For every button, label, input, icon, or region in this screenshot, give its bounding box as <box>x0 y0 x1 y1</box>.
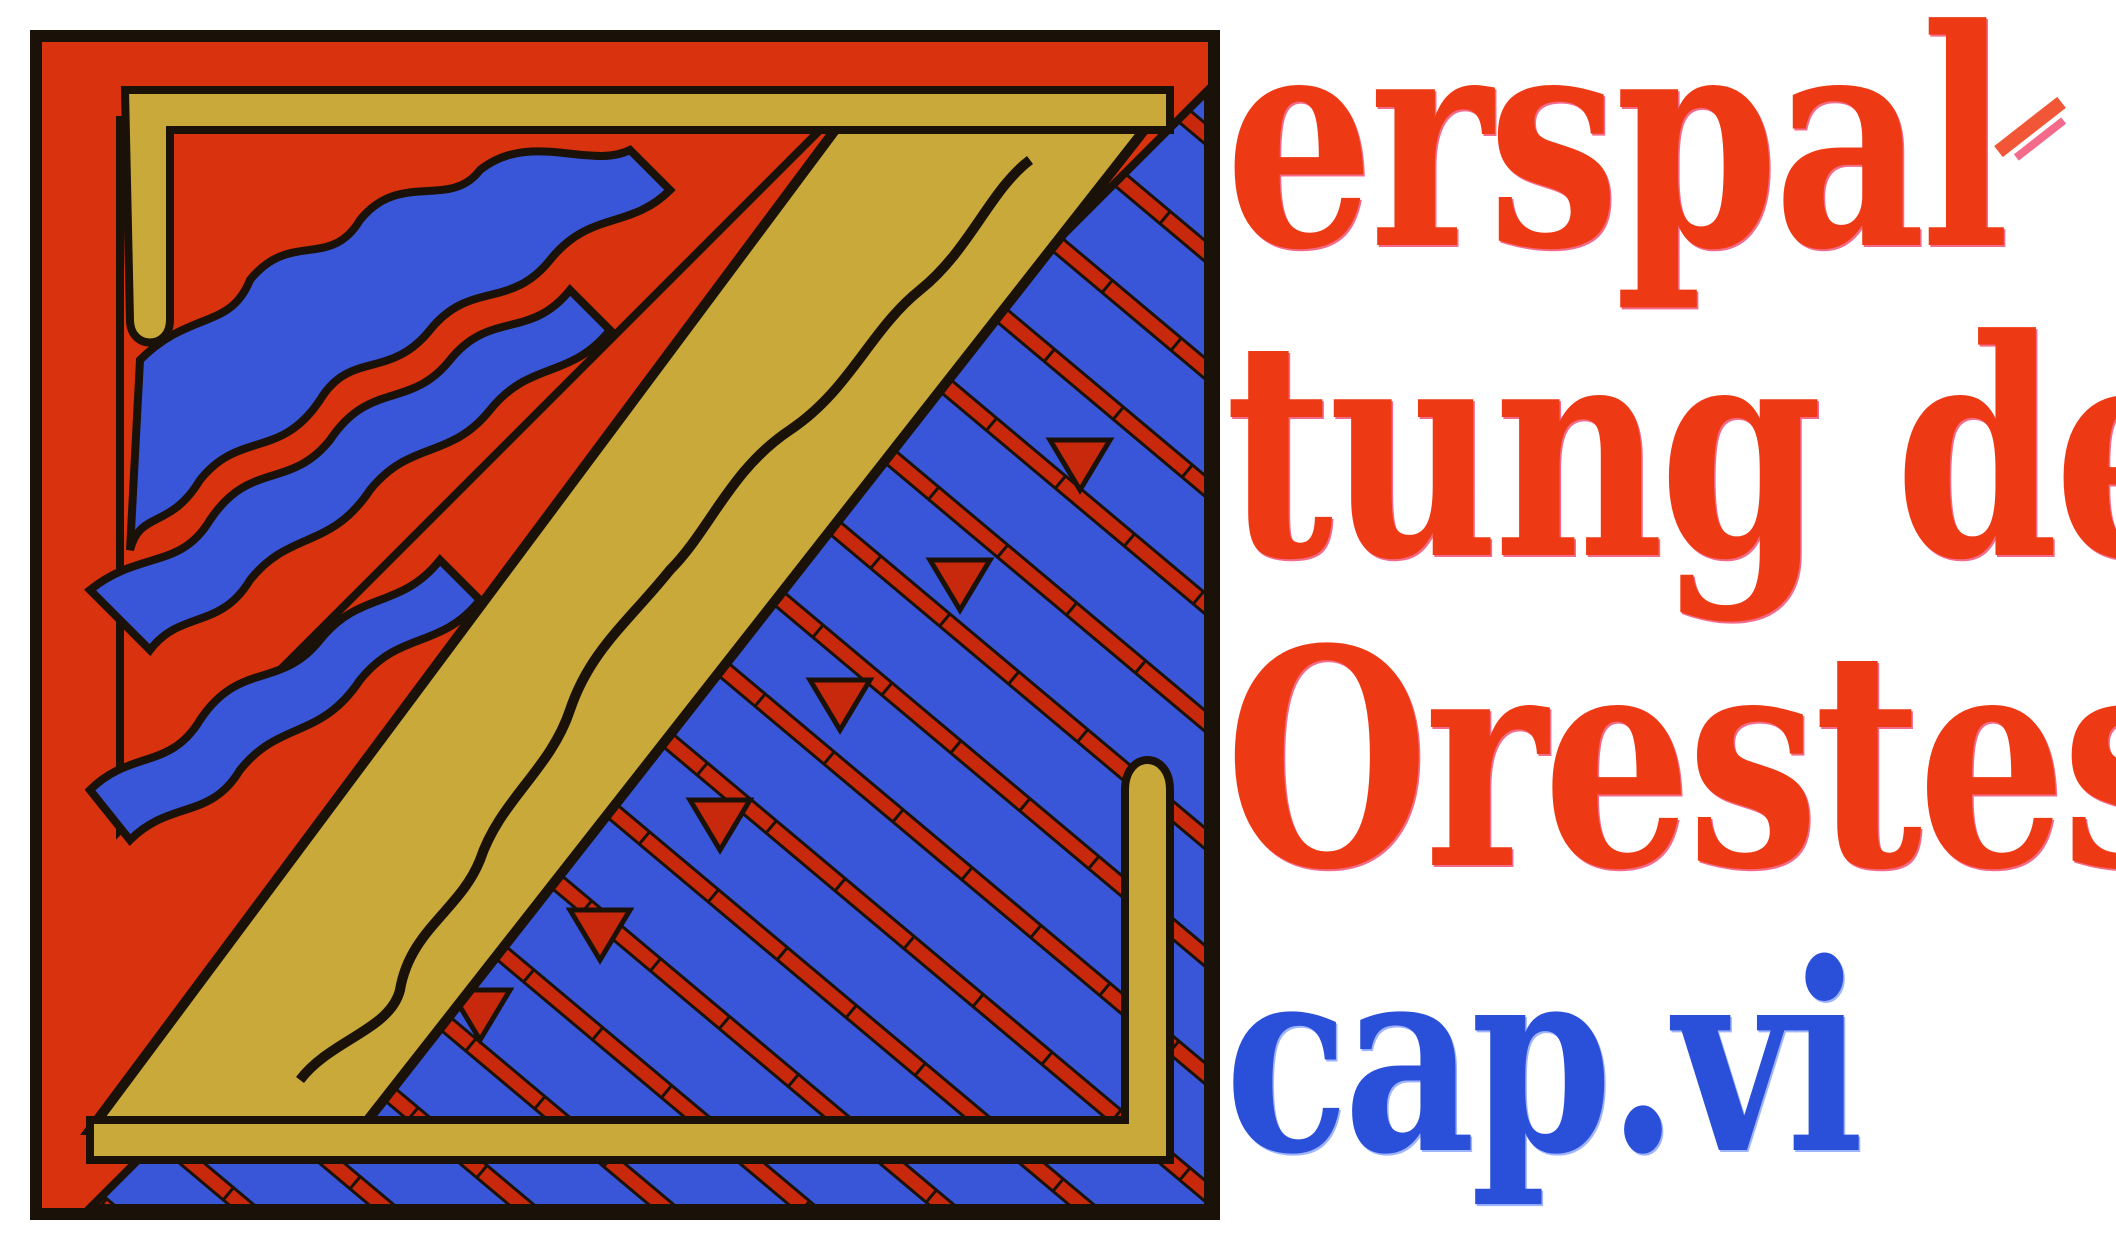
illuminated-initial-z <box>30 30 1220 1220</box>
rubric-line-2: tung des <box>1225 300 2116 600</box>
rubric-line-3: Orestes. <box>1225 610 2116 910</box>
chapter-label: cap.vi <box>1225 920 1859 1200</box>
rubric-line-1: erspal <box>1225 0 2005 290</box>
